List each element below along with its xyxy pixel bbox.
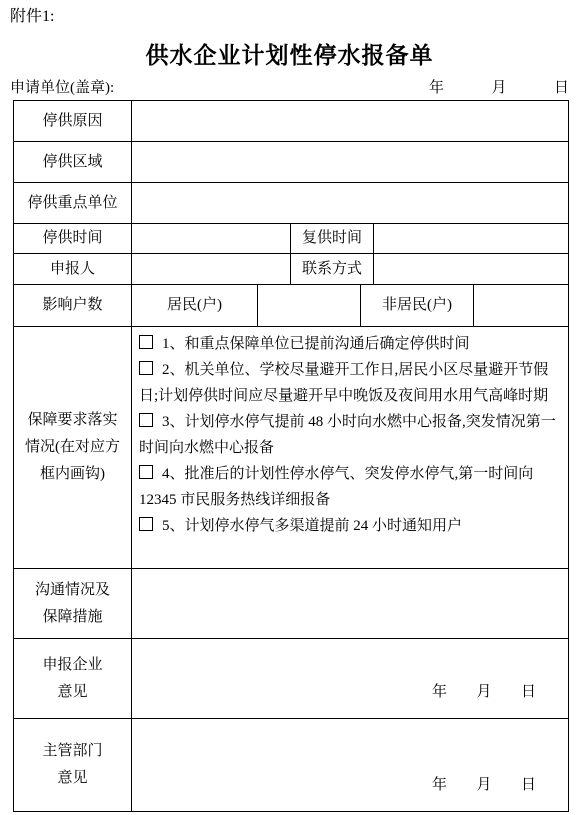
- checklist-item-3: 3、计划停水停气提前 48 小时向水燃中心报备,突发情况第一时间向水燃中心报备: [139, 409, 562, 461]
- checklist-item-2-text: 2、机关单位、学校尽量避开工作日,居民小区尽量避开节假日;计划停供时间应尽量避开…: [139, 362, 548, 404]
- enterprise-opinion-label: 申报企业 意见: [14, 639, 132, 718]
- area-label: 停供区域: [14, 142, 132, 182]
- reason-label: 停供原因: [14, 101, 132, 141]
- date-day-label: 日: [521, 682, 536, 702]
- date-year-label: 年: [432, 775, 447, 795]
- applicant-label: 申报人: [14, 254, 132, 284]
- form-row-reason: 停供原因: [14, 101, 568, 142]
- department-opinion-date: 年 月 日: [432, 775, 536, 795]
- requirements-checklist: 1、和重点保障单位已提前沟通后确定停供时间 2、机关单位、学校尽量避开工作日,居…: [132, 327, 568, 568]
- checklist-item-4: 4、批准后的计划性停水停气、突发停水停气,第一时间向 12345 市民服务热线详…: [139, 461, 562, 513]
- contact-value-cell[interactable]: [374, 254, 568, 284]
- area-value-cell[interactable]: [132, 142, 568, 182]
- checklist-item-4-text: 4、批准后的计划性停水停气、突发停水停气,第一时间向 12345 市民服务热线详…: [139, 466, 533, 508]
- resident-value-cell[interactable]: [258, 285, 361, 326]
- applicant-value-cell[interactable]: [132, 254, 291, 284]
- requirements-label: 保障要求落实 情况(在对应方 框内画钩): [14, 327, 132, 568]
- checklist-item-2: 2、机关单位、学校尽量避开工作日,居民小区尽量避开节假日;计划停供时间应尽量避开…: [139, 357, 562, 409]
- date-month-label: 月: [491, 78, 506, 98]
- date-year-label: 年: [432, 682, 447, 702]
- communication-value-cell[interactable]: [132, 569, 568, 638]
- checklist-item-1: 1、和重点保障单位已提前沟通后确定停供时间: [139, 331, 562, 357]
- form-row-affected: 影响户数 居民(户) 非居民(户): [14, 285, 568, 327]
- attachment-label: 附件1:: [10, 6, 569, 28]
- form-row-stop-time: 停供时间 复供时间: [14, 224, 568, 254]
- contact-label: 联系方式: [291, 254, 374, 284]
- checkbox-1[interactable]: [139, 335, 153, 349]
- form-row-enterprise-opinion: 申报企业 意见 年 月 日: [14, 639, 568, 719]
- checkbox-4[interactable]: [139, 465, 153, 479]
- enterprise-opinion-value-cell[interactable]: 年 月 日: [132, 639, 568, 718]
- affected-label: 影响户数: [14, 285, 132, 326]
- checkbox-2[interactable]: [139, 361, 153, 375]
- enterprise-opinion-date: 年 月 日: [432, 682, 536, 702]
- key-units-value-cell[interactable]: [132, 183, 568, 223]
- stop-time-label: 停供时间: [14, 224, 132, 253]
- resume-time-label: 复供时间: [291, 224, 374, 253]
- checklist-item-3-text: 3、计划停水停气提前 48 小时向水燃中心报备,突发情况第一时间向水燃中心报备: [139, 414, 556, 456]
- department-opinion-label: 主管部门 意见: [14, 719, 132, 811]
- form-row-communication: 沟通情况及 保障措施: [14, 569, 568, 639]
- communication-label: 沟通情况及 保障措施: [14, 569, 132, 638]
- applicant-unit-label: 申请单位(盖章):: [10, 78, 114, 98]
- department-opinion-value-cell[interactable]: 年 月 日: [132, 719, 568, 811]
- checkbox-5[interactable]: [139, 517, 153, 531]
- date-day-label: 日: [521, 775, 536, 795]
- form-row-department-opinion: 主管部门 意见 年 月 日: [14, 719, 568, 811]
- checklist-item-5: 5、计划停水停气多渠道提前 24 小时通知用户: [139, 513, 562, 539]
- checklist-item-1-text: 1、和重点保障单位已提前沟通后确定停供时间: [162, 336, 470, 352]
- date-day-label: 日: [554, 78, 569, 98]
- applicant-line: 申请单位(盖章): 年 月 日: [10, 78, 569, 98]
- form-title: 供水企业计划性停水报备单: [10, 41, 569, 69]
- stop-time-value-cell[interactable]: [132, 224, 291, 253]
- reason-value-cell[interactable]: [132, 101, 568, 141]
- key-units-label: 停供重点单位: [14, 183, 132, 223]
- non-resident-value-cell[interactable]: [474, 285, 568, 326]
- resident-label: 居民(户): [132, 285, 258, 326]
- form-row-requirements: 保障要求落实 情况(在对应方 框内画钩) 1、和重点保障单位已提前沟通后确定停供…: [14, 327, 568, 569]
- document-page: 附件1: 供水企业计划性停水报备单 申请单位(盖章): 年 月 日 停供原因 停…: [0, 0, 579, 815]
- resume-time-value-cell[interactable]: [374, 224, 568, 253]
- form-row-key-units: 停供重点单位: [14, 183, 568, 224]
- date-year-label: 年: [429, 78, 444, 98]
- checklist-item-5-text: 5、计划停水停气多渠道提前 24 小时通知用户: [162, 518, 462, 534]
- form-row-area: 停供区域: [14, 142, 568, 183]
- checkbox-3[interactable]: [139, 413, 153, 427]
- non-resident-label: 非居民(户): [361, 285, 474, 326]
- header-date: 年 月 日: [429, 78, 569, 98]
- form-table: 停供原因 停供区域 停供重点单位 停供时间 复供时间 申报人 联系方式 影响户数…: [13, 100, 569, 812]
- date-month-label: 月: [476, 682, 491, 702]
- date-month-label: 月: [476, 775, 491, 795]
- form-row-applicant: 申报人 联系方式: [14, 254, 568, 285]
